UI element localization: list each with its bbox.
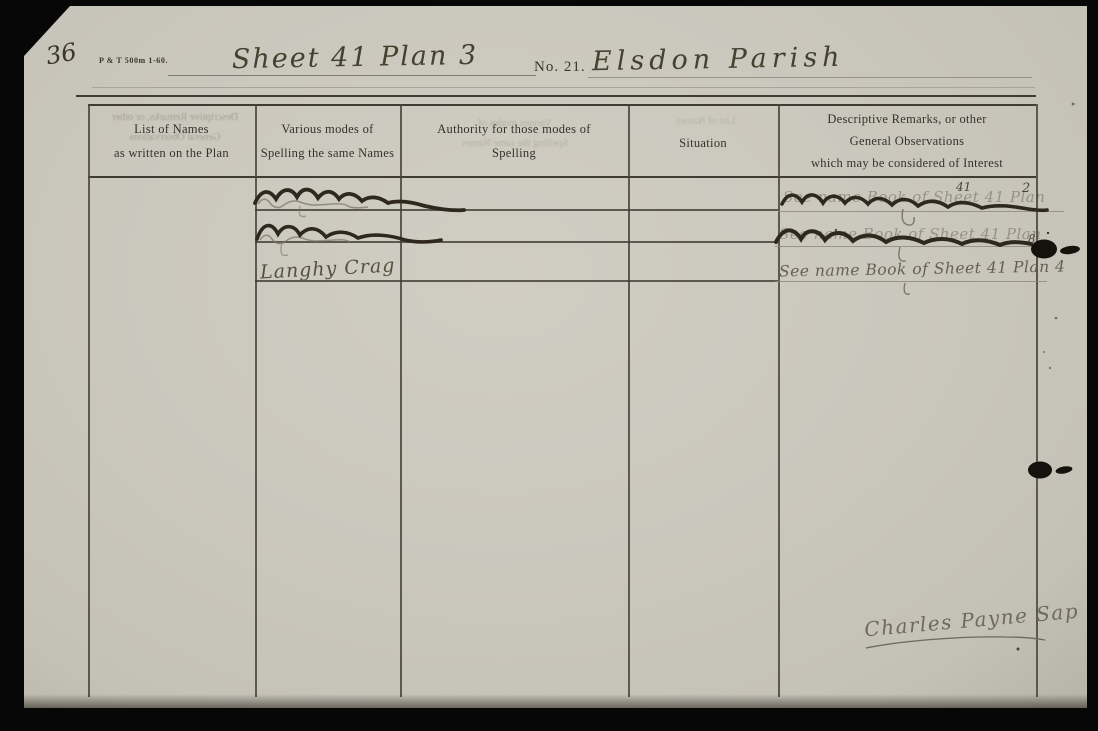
remark-underline	[775, 246, 1041, 247]
folio-number: 36	[44, 38, 79, 71]
form-code: P & T 500m 1-60.	[99, 56, 168, 65]
table-border-left	[88, 104, 90, 697]
remark-entry-struck: See name Book of Sheet 41 Plan	[783, 188, 1045, 206]
faint-rule	[92, 87, 1035, 88]
page-edge-shadow	[24, 694, 1087, 708]
parish-underline	[588, 77, 1032, 78]
remark-underline	[778, 211, 1064, 212]
row-rule	[255, 241, 778, 243]
column-header-spellings: Various modes of Spelling the same Names	[255, 117, 400, 166]
column-divider	[255, 104, 257, 697]
title-underline	[168, 75, 536, 76]
number-label: No. 21.	[534, 59, 586, 76]
bleedthrough-text: List of Names	[642, 112, 770, 132]
table-top-border	[88, 104, 1036, 106]
trailing-number: 8	[1028, 232, 1036, 246]
row-rule	[255, 280, 778, 282]
column-header-names: List of Names as written on the Plan	[88, 117, 255, 166]
scanned-document-background: Descriptive Remarks, or other General Ob…	[0, 0, 1098, 731]
sheet-plan-title: Sheet 41 Plan 3	[180, 39, 530, 76]
superscript-correction: 2	[1022, 181, 1030, 196]
parish-title: Elsdon Parish	[592, 42, 845, 77]
column-divider	[400, 104, 402, 697]
remark-entry-struck: See name Book of Sheet 41 Plan	[779, 225, 1041, 243]
column-header-authority: Authority for those modes of Spelling	[400, 117, 628, 166]
remark-underline	[775, 281, 1047, 282]
superscript-correction: 41	[956, 180, 971, 194]
column-divider	[628, 104, 630, 697]
column-header-situation: Situation	[628, 131, 778, 155]
column-divider	[778, 104, 780, 697]
page-rule	[76, 95, 1036, 97]
row-rule	[255, 209, 778, 211]
column-header-remarks: Descriptive Remarks, or other General Ob…	[778, 109, 1036, 175]
header-bottom-border	[88, 176, 1036, 178]
